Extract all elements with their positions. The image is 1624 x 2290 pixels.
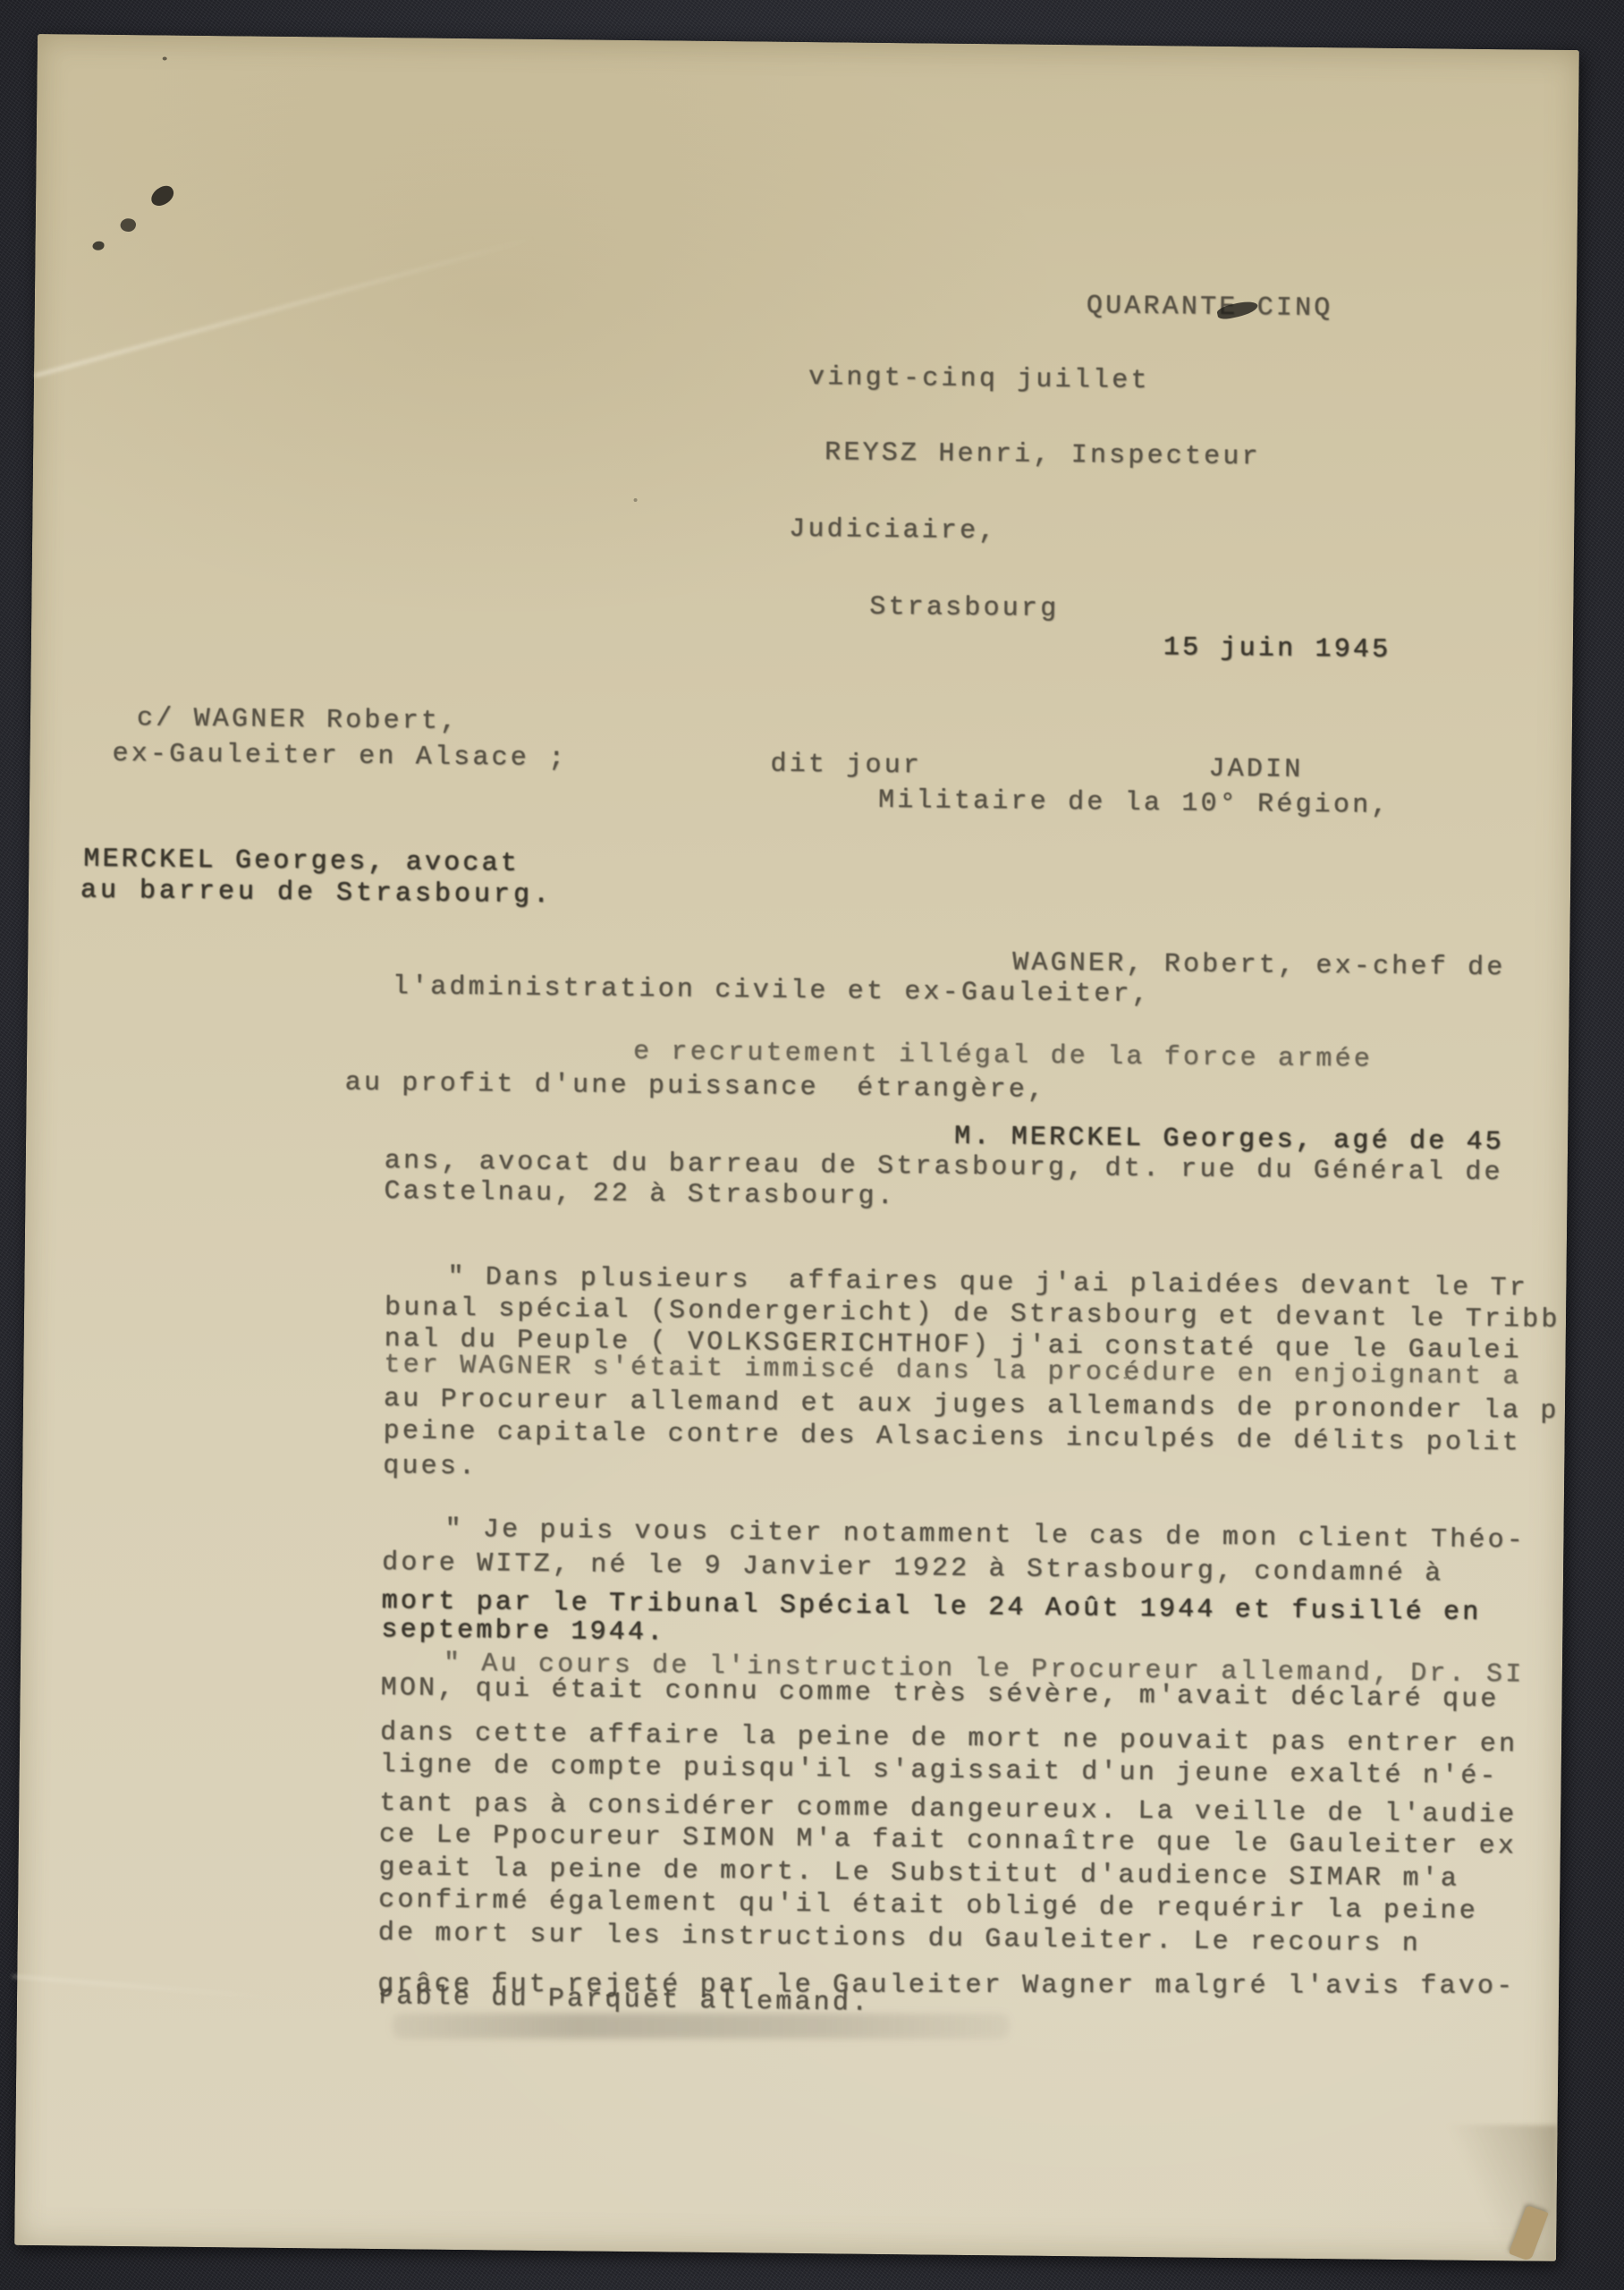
magistrate-name: JADIN <box>1208 754 1303 785</box>
same-day-note: dit jour <box>770 750 922 782</box>
witness-name-line: MERCKEL Georges, avocat <box>83 844 520 879</box>
paper-crease <box>12 1974 279 1999</box>
page-number-line: QUARANTE CINQ <box>1087 291 1333 324</box>
paper-sheet: QUARANTE CINQ vingt-cinq juillet REYSZ H… <box>14 34 1579 2261</box>
deponent-line-3: Castelnau, 22 à Strasbourg. <box>384 1176 896 1212</box>
case-reference-line-2: ex-Gauleiter en Alsace ; <box>112 739 567 774</box>
paper-speck <box>634 498 638 502</box>
paper-crease <box>35 236 536 377</box>
charge-line-2: au profit d'une puissance étrangère, <box>345 1068 1047 1106</box>
charge-line-1: e recrutement illégal de la force armée <box>633 1037 1373 1075</box>
testimony-line: septembre 1944. <box>381 1615 665 1648</box>
document-date: 15 juin 1945 <box>1163 632 1391 666</box>
accused-name-line: WAGNER, Robert, ex-chef de <box>1012 947 1506 983</box>
erased-text-smudge <box>393 2014 1010 2039</box>
ink-blot <box>119 216 137 233</box>
hearing-day-line: vingt-cinq juillet <box>808 362 1150 396</box>
case-reference-line-1: c/ WAGNER Robert, <box>137 703 460 737</box>
court-line: Militaire de la 10° Région, <box>878 785 1391 821</box>
testimony-line: dore WITZ, né le 9 Janvier 1922 à Strasb… <box>382 1548 1444 1589</box>
testimony-line: ques. <box>383 1451 478 1482</box>
corner-fold-shadow <box>1445 2125 1558 2261</box>
ink-blot <box>92 242 104 250</box>
scan-background: { "palette": { "background": "#31323a", … <box>0 0 1624 2290</box>
ink-blot <box>148 182 177 208</box>
officer-name-line: REYSZ Henri, Inspecteur <box>825 437 1261 472</box>
paper-speck <box>163 56 167 60</box>
officer-city-line: Strasbourg <box>869 592 1059 624</box>
officer-title-line: Judiciaire, <box>789 514 998 547</box>
witness-bar-line: au barreu de Strasbourg. <box>80 876 553 912</box>
